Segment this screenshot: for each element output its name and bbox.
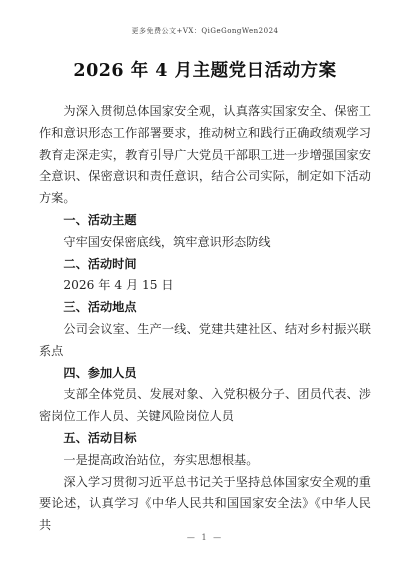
header-watermark-note: 更多免费公文+VX：QiGeGongWen2024 <box>0 26 410 36</box>
section-heading: 三、活动地点 <box>39 297 371 319</box>
paragraph: 深入学习贯彻习近平总书记关于坚持总体国家安全观的重要论述，认真学习《中华人民共和… <box>39 472 371 537</box>
section-heading: 二、活动时间 <box>39 254 371 276</box>
paragraph: 守牢国安保密底线，筑牢意识形态防线 <box>39 232 371 254</box>
document-title: 2026 年 4 月主题党日活动方案 <box>0 57 410 82</box>
page-number: — 1 — <box>0 533 410 542</box>
section-heading: 四、参加人员 <box>39 363 371 385</box>
section-heading: 五、活动目标 <box>39 428 371 450</box>
section-heading: 一、活动主题 <box>39 210 371 232</box>
paragraph: 2026 年 4 月 15 日 <box>39 275 371 297</box>
paragraph: 公司会议室、生产一线、党建共建社区、结对乡村振兴联系点 <box>39 319 371 363</box>
paragraph: 为深入贯彻总体国家安全观，认真落实国家安全、保密工作和意识形态工作部署要求，推动… <box>39 101 371 210</box>
document-page: 更多免费公文+VX：QiGeGongWen2024 2026 年 4 月主题党日… <box>0 0 410 580</box>
paragraph: 一是提高政治站位，夯实思想根基。 <box>39 450 371 472</box>
paragraph: 支部全体党员、发展对象、入党积极分子、团员代表、涉密岗位工作人员、关键风险岗位人… <box>39 384 371 428</box>
document-body: 为深入贯彻总体国家安全观，认真落实国家安全、保密工作和意识形态工作部署要求，推动… <box>39 101 371 537</box>
